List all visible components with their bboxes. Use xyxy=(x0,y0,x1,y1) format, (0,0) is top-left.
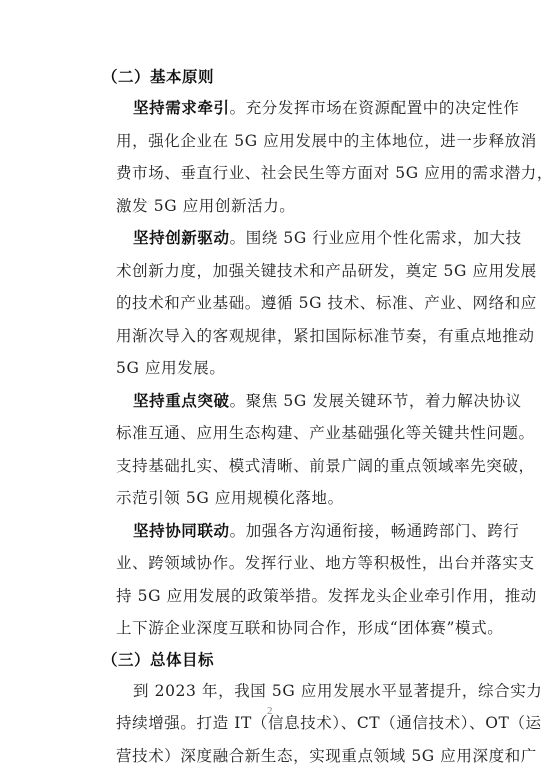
paragraph-line: 示范引领 5G 应用规模化落地。 xyxy=(85,482,471,515)
section-heading-basic-principles: （二）基本原则 xyxy=(85,62,471,92)
paragraph-line: 业、跨领域协作。发挥行业、地方等积极性，出台并落实支 xyxy=(85,547,471,580)
page-number: 2 xyxy=(267,705,273,717)
principle-title: 坚持创新驱动 xyxy=(133,229,230,247)
paragraph-line: 上下游企业深度互联和协同合作，形成“团体赛”模式。 xyxy=(85,612,471,645)
section-heading-overall-goals: （三）总体目标 xyxy=(85,645,471,675)
paragraph-key-breakthroughs: 坚持重点突破。聚焦 5G 发展关键环节，着力解决协议 标准互通、应用生态构建、产… xyxy=(85,385,471,515)
paragraph-line: 持续增强。打造 IT（信息技术）、CT（通信技术）、OT（运 xyxy=(85,707,471,740)
paragraph-line: 坚持创新驱动。围绕 5G 行业应用个性化需求，加大技 xyxy=(85,222,471,255)
paragraph-line: 用，强化企业在 5G 应用发展中的主体地位，进一步释放消 xyxy=(85,125,471,158)
paragraph-demand-driven: 坚持需求牵引。充分发挥市场在资源配置中的决定性作 用，强化企业在 5G 应用发展… xyxy=(85,92,471,222)
principle-title: 坚持需求牵引 xyxy=(133,99,230,117)
paragraph-line: 激发 5G 应用创新活力。 xyxy=(85,190,471,223)
document-page: （二）基本原则 坚持需求牵引。充分发挥市场在资源配置中的决定性作 用，强化企业在… xyxy=(0,0,550,778)
paragraph-line: 的技术和产业基础。遵循 5G 技术、标准、产业、网络和应 xyxy=(85,287,471,320)
principle-title: 坚持重点突破 xyxy=(133,392,230,410)
line-text: 。聚焦 5G 发展关键环节，着力解决协议 xyxy=(230,392,522,410)
line-text: 。围绕 5G 行业应用个性化需求，加大技 xyxy=(230,229,522,247)
paragraph-line: 5G 应用发展。 xyxy=(85,352,471,385)
paragraph-coordinated-linkage: 坚持协同联动。加强各方沟通衔接，畅通跨部门、跨行 业、跨领域协作。发挥行业、地方… xyxy=(85,515,471,645)
paragraph-line: 营技术）深度融合新生态，实现重点领域 5G 应用深度和广 xyxy=(85,740,471,773)
paragraph-line: 持 5G 应用发展的政策举措。发挥龙头企业牵引作用，推动 xyxy=(85,580,471,613)
paragraph-line: 坚持重点突破。聚焦 5G 发展关键环节，着力解决协议 xyxy=(85,385,471,418)
paragraph-line: 到 2023 年，我国 5G 应用发展水平显著提升，综合实力 xyxy=(85,675,471,708)
line-text: 。加强各方沟通衔接，畅通跨部门、跨行 xyxy=(230,522,520,540)
paragraph-line: 标准互通、应用生态构建、产业基础强化等关键共性问题。 xyxy=(85,417,471,450)
paragraph-line: 费市场、垂直行业、社会民生等方面对 5G 应用的需求潜力， xyxy=(85,157,471,190)
principle-title: 坚持协同联动 xyxy=(133,522,230,540)
paragraph-line: 坚持协同联动。加强各方沟通衔接，畅通跨部门、跨行 xyxy=(85,515,471,548)
paragraph-line: 支持基础扎实、模式清晰、前景广阔的重点领域率先突破， xyxy=(85,450,471,483)
line-text: 。充分发挥市场在资源配置中的决定性作 xyxy=(230,99,520,117)
document-body: （二）基本原则 坚持需求牵引。充分发挥市场在资源配置中的决定性作 用，强化企业在… xyxy=(85,62,471,772)
paragraph-line: 用渐次导入的客观规律，紧扣国际标准节奏，有重点地推动 xyxy=(85,320,471,353)
paragraph-overall-goals: 到 2023 年，我国 5G 应用发展水平显著提升，综合实力 持续增强。打造 I… xyxy=(85,675,471,773)
paragraph-line: 术创新力度，加强关键技术和产品研发，奠定 5G 应用发展 xyxy=(85,255,471,288)
paragraph-line: 坚持需求牵引。充分发挥市场在资源配置中的决定性作 xyxy=(85,92,471,125)
paragraph-innovation-driven: 坚持创新驱动。围绕 5G 行业应用个性化需求，加大技 术创新力度，加强关键技术和… xyxy=(85,222,471,385)
